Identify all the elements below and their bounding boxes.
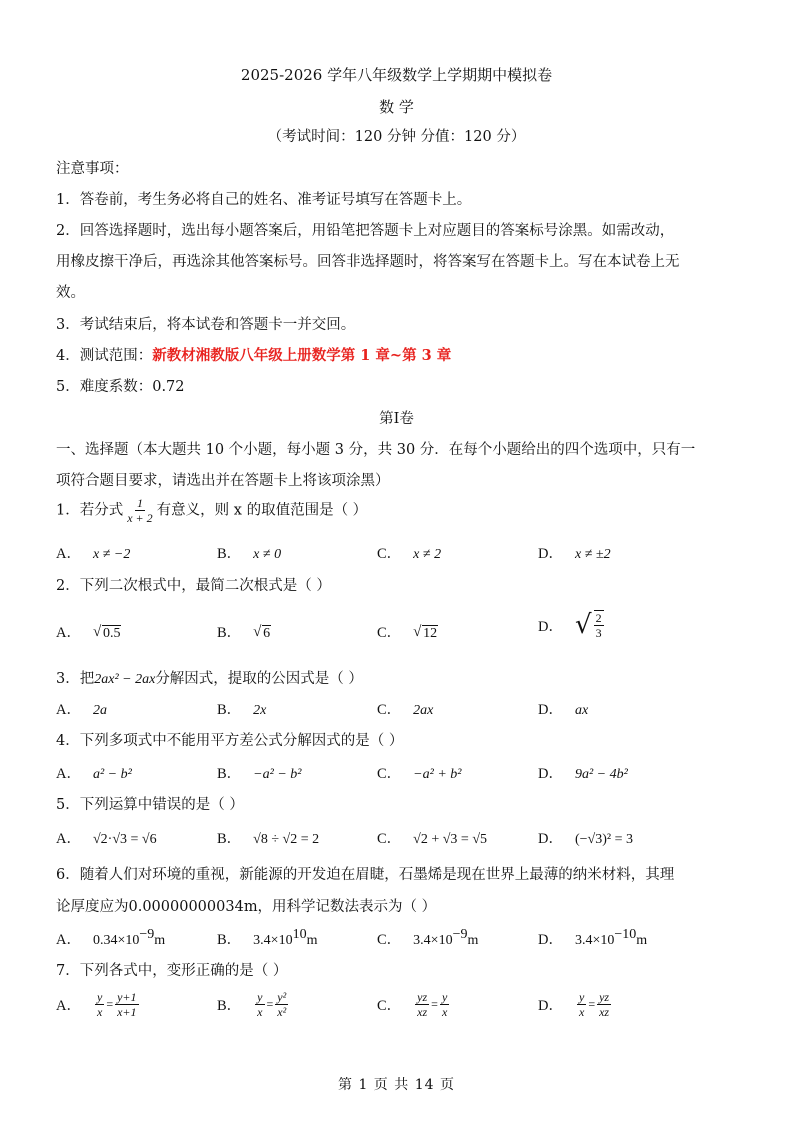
scope-label: 4．测试范围：: [56, 348, 152, 364]
sqrt-sign: √: [575, 610, 592, 640]
q3-option-d[interactable]: D．ax: [538, 698, 588, 719]
sqrt-expr: 0.5: [93, 626, 122, 642]
notice-heading: 注意事项：: [56, 157, 129, 178]
question-7-stem: 7．下列各式中，变形正确的是（ ）: [56, 959, 287, 980]
q6-option-b[interactable]: B．3.4×1010m: [217, 928, 317, 949]
q4-option-c[interactable]: C．−a² + b²: [377, 762, 461, 783]
q3-option-c[interactable]: C．2ax: [377, 698, 433, 719]
q2-option-c[interactable]: C．12: [377, 621, 438, 642]
notice-item-5: 5．难度系数：0.72: [56, 375, 185, 396]
q5-option-a[interactable]: A．√2·√3 = √6: [56, 827, 157, 848]
question-6-stem-1: 6．随着人们对环境的重视，新能源的开发迫在眉睫，石墨烯是现在世界上最薄的纳米材料…: [56, 863, 674, 884]
question-2-stem: 2．下列二次根式中，最简二次根式是（ ）: [56, 574, 331, 595]
notice-item-2-cont: 用橡皮擦干净后，再选涂其他答案标号。回答非选择题时，将答案写在答题卡上。写在本试…: [56, 250, 680, 271]
q6-option-a[interactable]: A．0.34×10−9m: [56, 928, 165, 949]
notice-item-1: 1．答卷前，考生务必将自己的姓名、准考证号填写在答题卡上。: [56, 188, 471, 209]
exam-page: 2025-2026 学年八年级数学上学期期中模拟卷 数 学 （考试时间：120 …: [0, 0, 793, 1122]
q2-option-d[interactable]: D．√23: [538, 610, 606, 640]
q2-option-b[interactable]: B．6: [217, 621, 271, 642]
notice-item-3: 3．考试结束后，将本试卷和答题卡一并交回。: [56, 313, 355, 334]
q6-option-c[interactable]: C．3.4×10−9m: [377, 928, 478, 949]
fraction: 23: [594, 610, 604, 640]
q5-option-d[interactable]: D．(−√3)² = 3: [538, 827, 633, 848]
subject-title: 数 学: [0, 96, 793, 117]
q1-option-a[interactable]: A．x ≠ −2: [56, 542, 130, 563]
question-1-stem: 1．若分式1x + 2有意义，则 x 的取值范围是（ ）: [56, 496, 367, 525]
q4-option-d[interactable]: D．9a² − 4b²: [538, 762, 628, 783]
question-3-stem: 3．把2ax² − 2ax分解因式，提取的公因式是（ ）: [56, 667, 363, 688]
q1-option-c[interactable]: C．x ≠ 2: [377, 542, 441, 563]
section-intro-2: 项符合题目要求，请选出并在答题卡上将该项涂黑）: [56, 469, 390, 490]
sqrt-expr: 6: [253, 626, 271, 642]
fraction: 1x + 2: [125, 496, 154, 525]
q5-option-c[interactable]: C．√2 + √3 = √5: [377, 827, 487, 848]
q5-option-b[interactable]: B．√8 ÷ √2 = 2: [217, 827, 319, 848]
q7-option-c[interactable]: C．yzxz=yx: [377, 990, 451, 1019]
question-5-stem: 5．下列运算中错误的是（ ）: [56, 793, 244, 814]
sqrt-expr: 12: [413, 626, 438, 642]
notice-item-4: 4．测试范围：新教材湘教版八年级上册数学第 1 章~第 3 章: [56, 344, 451, 365]
exam-title: 2025-2026 学年八年级数学上学期期中模拟卷: [0, 64, 793, 85]
q7-option-b[interactable]: B．yx=y²x²: [217, 990, 290, 1019]
q4-option-b[interactable]: B．−a² − b²: [217, 762, 301, 783]
q7-option-d[interactable]: D．yx=yzxz: [538, 990, 613, 1019]
notice-item-2-end: 效。: [56, 281, 85, 302]
q2-option-a[interactable]: A．0.5: [56, 621, 121, 642]
q1-option-b[interactable]: B．x ≠ 0: [217, 542, 281, 563]
q6-option-d[interactable]: D．3.4×10−10m: [538, 928, 647, 949]
q7-option-a[interactable]: A．yx=y+1x+1: [56, 990, 141, 1019]
notice-item-2: 2．回答选择题时，选出每小题答案后，用铅笔把答题卡上对应题目的答案标号涂黑。如需…: [56, 219, 674, 240]
q4-option-a[interactable]: A．a² − b²: [56, 762, 132, 783]
volume-title: 第Ⅰ卷: [0, 407, 793, 428]
q3-option-a[interactable]: A．2a: [56, 698, 107, 719]
q1-option-d[interactable]: D．x ≠ ±2: [538, 542, 611, 563]
q3-option-b[interactable]: B．2x: [217, 698, 266, 719]
question-6-stem-2: 论厚度应为0.00000000034m，用科学记数法表示为（ ）: [56, 895, 436, 916]
scope-value: 新教材湘教版八年级上册数学第 1 章~第 3 章: [152, 347, 451, 364]
section-intro-1: 一、选择题（本大题共 10 个小题，每小题 3 分，共 30 分．在每个小题给出…: [56, 438, 695, 459]
question-4-stem: 4．下列多项式中不能用平方差公式分解因式的是（ ）: [56, 729, 403, 750]
exam-info: （考试时间：120 分钟 分值：120 分）: [0, 125, 793, 146]
page-footer: 第 1 页 共 14 页: [0, 1074, 793, 1094]
